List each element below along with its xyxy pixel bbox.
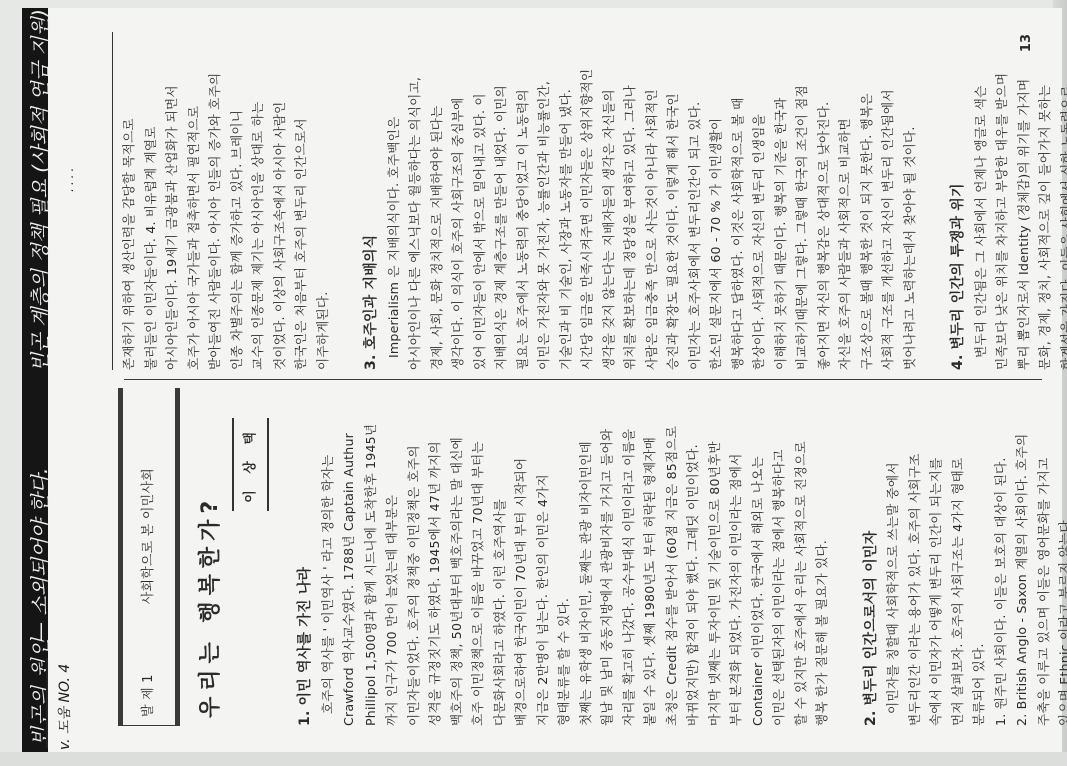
article-title: 우리는 행복한가? — [200, 388, 222, 718]
text-line: 사회적 구조를 개선하고 자신이 변두리 인간됨에서 — [877, 32, 899, 370]
text-line: 마지막 넷째는 투자이민 및 기술이민으로 80년후반 — [704, 388, 726, 726]
text-line: 붙일 수 있다. 셋째 1980년도 부터 허락된 형제자매 — [639, 388, 661, 726]
left-column: 발 제 1 사회학으로 본 이민사회 우리는 행복한가? 이 상 택 1. 이민… — [118, 388, 1067, 726]
author-name: 이 상 택 — [232, 418, 270, 511]
text-line: 호주의 역사를 ' 이민역사 ' 라고 정의한 학자는 — [317, 388, 339, 726]
text-line: 존재하기 위하여 생산인력을 감당할 목적으로 — [118, 32, 140, 370]
text-line: 이민은 가진자와 못 가진자, 능률인간과 비능률인간, — [533, 32, 555, 370]
handwritten-note-top-left: 빈곤의 원인 — [24, 637, 53, 746]
text-line: 생각이다. 이 의식이 호주의 사회구조의 중심부에 — [447, 32, 469, 370]
text-line: 이주하게된다. — [312, 32, 334, 370]
text-line: 한소민 설문지에서 60 - 70 % 가 이민생활이 — [705, 32, 727, 370]
text-line: 벗어나려고 노력하는데서 찾아야 될 것이다. — [899, 32, 921, 370]
text-line: 한국인은 처음부터 호주의 변두리 인간으로서 — [290, 32, 312, 370]
text-line: 분류되어 있다. — [968, 388, 990, 726]
text-line: 한상이다. 사회적으로 자신의 변두리 인생임을 — [748, 32, 770, 370]
page-number: 13 — [1019, 34, 1034, 52]
text-line: 호주 이민정책으로 이름을 바꾸었고 70년대 부터는 — [467, 388, 489, 726]
text-line: 불러들인 이민자들이다. 4. 비유럽계 계열로 — [140, 32, 162, 370]
spacer — [833, 388, 851, 726]
text-line: 민족보다 낮은 위치를 차지하고 부당한 대우를 받으며 — [991, 32, 1013, 370]
handwritten-note-top-left-cont: — 소외되어야 한다. — [24, 468, 53, 642]
text-line: 속에서 이민자가 어떻게 변두리 인간이 되는지를 — [925, 388, 947, 726]
text-line: 할 수 있지만 호주에서 우리는 사회적으로 진정으로 — [790, 388, 812, 726]
text-line: 변두리인간 이라는 용어가 있다. 호주의 사회구조 — [904, 388, 926, 726]
section-heading-4: 4. 변두리 인간의 투쟁과 위기 — [948, 32, 970, 370]
text-line: 한계성을 가진다. 이들은 사회에서 심한 노동력으로 — [1056, 32, 1067, 370]
text-line: Crawford 역사교수였다. 1788년 Captain Authur — [338, 388, 360, 726]
text-line: 변두리 인간됨은 그 사회에서 언제나 앵글로 색슨 — [970, 32, 992, 370]
text-line: 이민자를 칭할때 사회학적으로 쓰는말 중에서 — [882, 388, 904, 726]
handwritten-dots: .... — [62, 165, 76, 192]
text-line: 2. British Anglo - Saxon 계열의 사회이다. 호주의 — [1011, 388, 1033, 726]
section-4-body: 변두리 인간됨은 그 사회에서 언제나 앵글로 색슨 민족보다 낮은 위치를 차… — [970, 32, 1067, 370]
spacer — [920, 32, 938, 370]
right-column: 존재하기 위하여 생산인력을 감당할 목적으로 불러들인 이민자들이다. 4. … — [118, 32, 1067, 370]
presentation-header: 발 제 1 사회학으로 본 이민사회 — [118, 388, 180, 726]
text-line: 경제, 사회, 문화 정치적으로 지배하여야 된다는 — [426, 32, 448, 370]
scanner-bottom-strip — [0, 752, 1067, 766]
column-divider — [124, 379, 1042, 380]
text-line: 백호주의 정책, 50년대부터 백호주의라는 말 대신에 — [446, 388, 468, 726]
text-line: 인종 차별주의는 함께 증가하고 있다. 브레이니 — [226, 32, 248, 370]
text-line: 행복 한가 질문해 볼 필요가 있다. — [811, 388, 833, 726]
text-line: 먼저 살펴보자. 호주의 사회구조는 4가지 형태로 — [947, 388, 969, 726]
text-line: 1. 원주민 사회이다. 이들은 보호의 대상이 된다. — [990, 388, 1012, 726]
text-line: 기술인과 비 기술인, 사장과 노동자를 만들어 냈다. — [555, 32, 577, 370]
text-line: 비교하기때문에 그렇다. 그렇때 한국의 조건이 점점 — [791, 32, 813, 370]
right-column-top-rule — [112, 32, 113, 370]
author-line: 이 상 택 — [232, 418, 270, 726]
text-line: 것이었다. 이상의 사회구조속에서 아시아 사람인 — [269, 32, 291, 370]
text-line: 아시아인들이다. 19세기 금광붐과 산업화가 되면서 — [161, 32, 183, 370]
section-heading-2: 2. 변두리 인간으로서의 이민자 — [861, 388, 883, 726]
handwritten-note-top-right: 빈곤 계층의 정책 필요 (사회적 연금 지원) — [24, 9, 53, 372]
section-3-body: Imperialism 은 지배의식이다. 호주백인은 아시아인이나 다른 에스… — [383, 32, 921, 370]
text-line: 이민자는 호주사회에서 변두리인간이 되고 있다. — [684, 32, 706, 370]
text-line: 첫째는 유학생 비자이민, 둘째는 관광 비자이민인데 — [575, 388, 597, 726]
rotated-page-container: 빈곤의 원인 — 소외되어야 한다. 빈곤 계층의 정책 필요 (사회적 연금 … — [22, 8, 1062, 752]
text-line: 이민자들이었다. 호주의 정책중 이민정책은 호주의 — [403, 388, 425, 726]
text-line: 호주가 아시아 국가들과 접촉하면서 필연적으로 — [183, 32, 205, 370]
text-line: 이해하지 못하기 때문이다. 행복의 기준을 한국과 — [770, 32, 792, 370]
text-line: 승진과 확장도 필요한 것이다. 이렇게 해서 한국인 — [662, 32, 684, 370]
text-line: 있으며 Ethnic 이라고 부르지 않는다. — [1054, 388, 1067, 726]
spacer — [333, 32, 351, 370]
section-2-continued-body: 존재하기 위하여 생산인력을 감당할 목적으로 불러들인 이민자들이다. 4. … — [118, 32, 333, 370]
text-line: 있어 이민자들이 안에서 밖으로 밀어내고 있다. 이 — [469, 32, 491, 370]
text-line: 필요는 호주에서 노동력의 충당이었고 이 노동력의 — [512, 32, 534, 370]
section-heading-1: 1. 이민 역사를 가진 나라 — [295, 388, 317, 726]
presentation-subtitle: 사회학으로 본 이민사회 — [138, 468, 160, 604]
text-line: 문화, 경제, 정치, 사회적으로 깊이 들어가지 못하는 — [1034, 32, 1056, 370]
text-line: 좋아지면 자신의 행복감은 상대적으로 낮아진다. — [813, 32, 835, 370]
text-line: 자신을 호주의 사람들과 사회적으로 비교하면 — [834, 32, 856, 370]
text-line: 주축을 이루고 있으며 이들은 영어문화를 가지고 — [1033, 388, 1055, 726]
section-heading-3: 3. 호주인과 지배의식 — [361, 32, 383, 370]
text-line: 부터 본격화 되었다. 가진자의 이민이라는 점에서 — [725, 388, 747, 726]
text-line: 배경으로하여 한국이민이 70년대 부터 시작되어 — [510, 388, 532, 726]
text-line: 바뀌었지만) 합격이 되야 했다. 그레딧 이민이었다. — [682, 388, 704, 726]
text-line: 받아들여진 사람들이다. 아시아 인들의 증가와 호주의 — [204, 32, 226, 370]
text-line: 까지 인구가 700 만이 늘었는데 대부분은 — [381, 388, 403, 726]
text-line: 지금은 2만명이 넘는다. 한인의 이민은 4가지 — [532, 388, 554, 726]
document-page: 빈곤의 원인 — 소외되어야 한다. 빈곤 계층의 정책 필요 (사회적 연금 … — [22, 8, 1062, 752]
text-line: 사람은 임금충족 만으로 사는것이 아니라 사회적인 — [641, 32, 663, 370]
handwritten-underline — [46, 658, 48, 748]
text-line: 아시아인이나 다른 에스닉보다 월등하다는 의식이고, — [404, 32, 426, 370]
text-line: 생각을 갖지 않는다는 지배자들의 생각은 자신들의 — [598, 32, 620, 370]
text-line: Container 이민이었다. 한국에서 해외로 나오는 — [747, 388, 769, 726]
text-line: 형태분류를 할 수 있다. — [553, 388, 575, 726]
handwritten-margin-note: v. 도움 NO. 4 — [54, 664, 74, 750]
text-line: 위치를 확보하는데 정당성을 부여하고 있다. 그러나 — [619, 32, 641, 370]
text-line: 초청은 Credit 점수를 받아서 (60점 지금은 85점으로 — [661, 388, 683, 726]
section-1-body: 호주의 역사를 ' 이민역사 ' 라고 정의한 학자는 Crawford 역사교… — [317, 388, 833, 726]
text-line: 이민은 선택된자의 이민이라는 점에서 행복하다고 — [768, 388, 790, 726]
text-line: 뿌리 뽑인자로서 Identity (정체감)의 위기를 가지며 — [1013, 32, 1035, 370]
text-line: 자리를 확고히 나갔다. 공수부대식 이민이라고 이름을 — [618, 388, 640, 726]
text-line: Imperialism 은 지배의식이다. 호주백인은 — [383, 32, 405, 370]
text-line: 구조상으로 볼때 행복한 것이 되지 못한다. 행복은 — [856, 32, 878, 370]
text-line: 시간당 임금을 만족시켜주면 이민자들은 상위지향적인 — [576, 32, 598, 370]
text-line: 월남 및 남미 중동지방에서 관광비자를 가지고 들어와 — [596, 388, 618, 726]
section-2-body: 이민자를 칭할때 사회학적으로 쓰는말 중에서 변두리인간 이라는 용어가 있다… — [882, 388, 1067, 726]
text-line: 교수의 인종문제 제기는 아시아인을 상대로 하는 — [247, 32, 269, 370]
text-line: Phillipol 1,500명과 함께 시드니에 도착한후 1945년 — [360, 388, 382, 726]
text-line: 지배의식은 경제 계층구조를 만들어 내었다. 이민의 — [490, 32, 512, 370]
presentation-label: 발 제 1 — [138, 674, 160, 717]
text-line: 성격을 규정짓기도 하였다. 1945에서 47년 까지의 — [424, 388, 446, 726]
text-line: 행복하다고 답하였다. 이것은 사회학적으로 볼 때 — [727, 32, 749, 370]
text-line: 다문화사회라고 하였다. 이런 호주역사를 — [489, 388, 511, 726]
